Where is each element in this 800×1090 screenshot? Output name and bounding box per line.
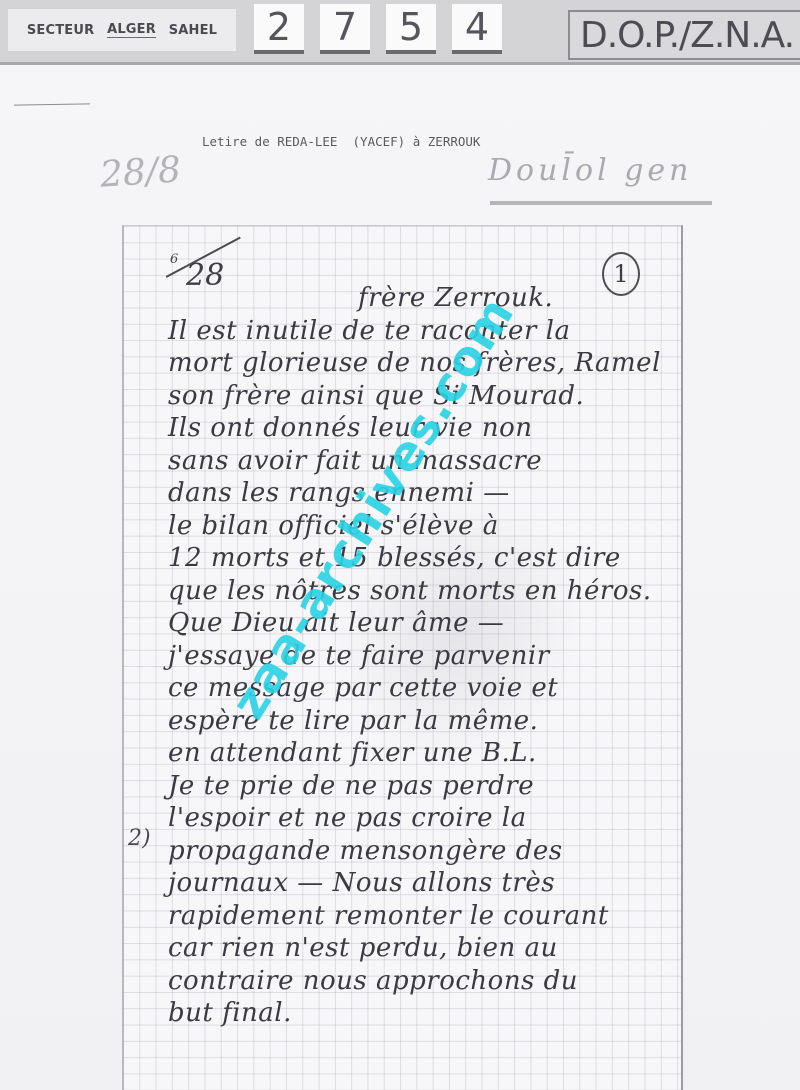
stray-mark (14, 103, 90, 105)
letter-line: en attendant fixer une B.L. (168, 737, 688, 770)
letter-line: le bilan officiel s'élève à (168, 510, 688, 543)
letter-line: contraire nous approchons du (168, 965, 688, 998)
letter-line: dans les rangs ennemi — (168, 477, 688, 510)
sector-suffix: SAHEL (169, 23, 217, 38)
letter-line: Je te prie de ne pas perdre (168, 770, 688, 803)
margin-mark: 2) (128, 826, 151, 851)
letter-line: que les nôtres sont morts en héros. (168, 575, 688, 608)
pencil-underline (490, 201, 712, 205)
pencil-date: 28/8 (99, 149, 183, 196)
letter-line: propagande mensongère des (168, 835, 688, 868)
sector-prefix: SECTEUR (27, 23, 95, 38)
archive-reference: D.O.P./Z.N.A. (568, 10, 800, 60)
letter-line: journaux — Nous allons très (168, 867, 688, 900)
page-fraction-numerator: 6 (170, 252, 178, 267)
file-number-digit-4: 4 (452, 4, 502, 54)
letter-line: 12 morts et 15 blessés, c'est dire (168, 542, 688, 575)
letter-line: rapidement remonter le courant (168, 900, 688, 933)
file-number-digit-2: 7 (320, 4, 370, 54)
pencil-annotation: Doul̄ol gen (488, 153, 693, 188)
typed-title: Letire de REDA-LEE (YACEF) à ZERROUK (202, 134, 480, 149)
letter-line: Il est inutile de te raconter la (168, 315, 688, 348)
letter-line: car rien n'est perdu, bien au (168, 932, 688, 965)
file-number-digit-1: 2 (254, 4, 304, 54)
letter-line: Que Dieu ait leur âme — (168, 607, 688, 640)
scanned-document: SECTEUR ALGER SAHEL 2 7 5 4 D.O.P./Z.N.A… (0, 0, 800, 1090)
sector-label: SECTEUR ALGER SAHEL (8, 9, 236, 51)
letter-line: but final. (168, 997, 688, 1030)
file-number-digit-3: 5 (386, 4, 436, 54)
archive-header-strip: SECTEUR ALGER SAHEL 2 7 5 4 D.O.P./Z.N.A… (0, 0, 800, 65)
letter-salutation: frère Zerrouk. (168, 282, 688, 315)
letter-line: l'espoir et ne pas croire la (168, 802, 688, 835)
sector-city: ALGER (107, 22, 156, 38)
